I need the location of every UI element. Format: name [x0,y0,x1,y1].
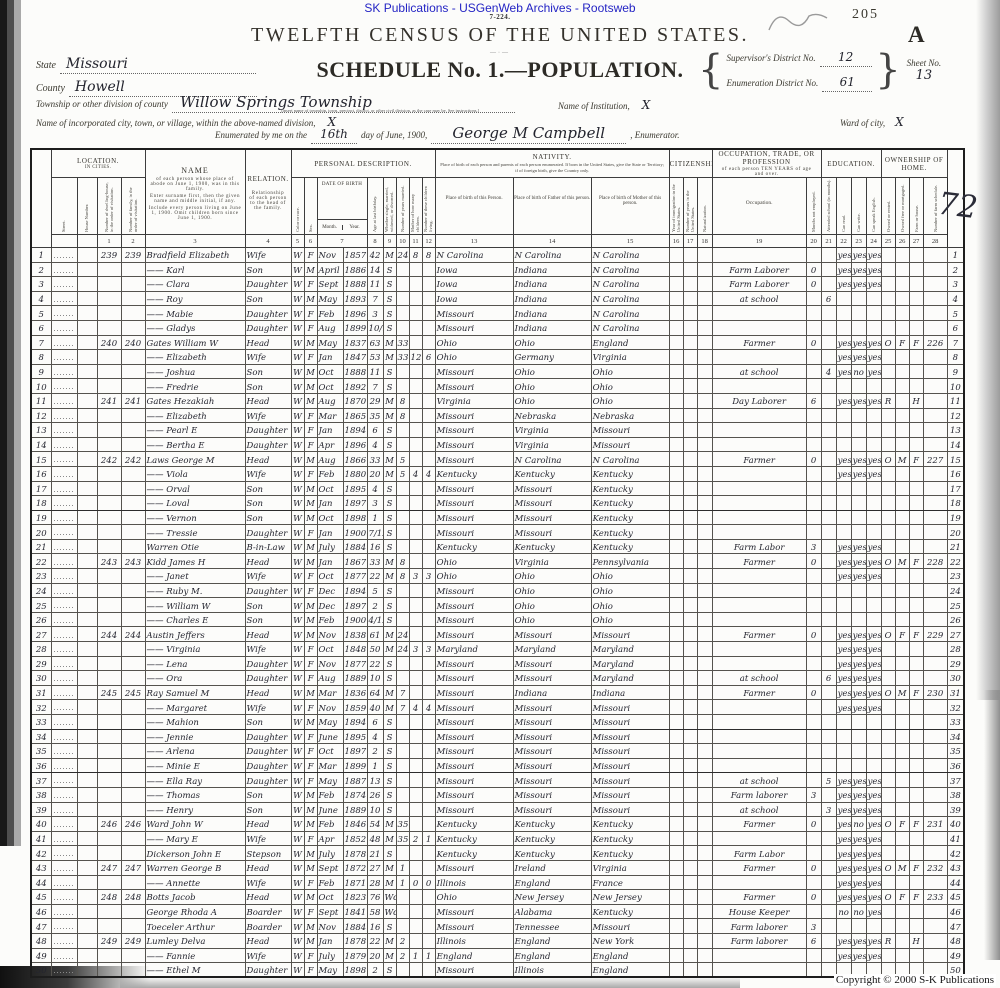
line-number-left: 47 [31,919,51,934]
cell-farm-house: F [909,335,923,350]
cell-years-in-us [683,846,697,861]
cell-house-number [77,685,97,700]
cell-relation: Wife [245,948,291,963]
cell-immigration-year [669,773,683,788]
cell-months-not-employed [806,248,821,263]
cell-street [51,919,77,934]
line-number-right: 15 [947,452,964,467]
census-row: 45248248Botts JacobHeadWMOct182376WdOhio… [31,890,964,905]
cell-street [51,291,77,306]
cell-can-read [836,423,851,438]
cell-years-married: 35 [396,831,409,846]
cell-farm-schedule [923,656,947,671]
cell-occupation [712,583,806,598]
cell-can-write: yes [851,933,866,948]
cell-relation: Son [245,612,291,627]
cell-months-not-employed [806,671,821,686]
census-row: 7240240Gates William WHeadWMMay183763M33… [31,335,964,350]
census-row: 4—— RoySonWMMay18937SIowaIndianaN Caroli… [31,291,964,306]
cell-birthplace: Missouri [435,306,513,321]
cell-color: W [291,423,304,438]
cell-relation: Daughter [245,671,291,686]
cell-relation: Head [245,685,291,700]
cell-can-speak-english [866,379,881,394]
cell-naturalization [697,598,712,613]
cell-naturalization [697,919,712,934]
cell-age: 4 [367,481,383,496]
cell-family: 240 [121,335,145,350]
nativity-group-header: NATIVITY. Place of birth of each person … [435,149,669,178]
cell-farm-house [909,306,923,321]
cell-street [51,802,77,817]
cell-owned-rented [881,306,895,321]
cell-name: —— Roy [145,291,245,306]
cell-farm-schedule [923,933,947,948]
cell-mother-birthplace: England [591,335,669,350]
line-number-left: 6 [31,320,51,335]
cell-birth-month: Oct [317,510,343,525]
cell-birth-year: 1889 [343,802,367,817]
cell-birth-month: Oct [317,744,343,759]
cell-father-birthplace: Ohio [513,379,591,394]
cell-mother-birthplace: Indiana [591,685,669,700]
cell-father-birthplace: Missouri [513,671,591,686]
children-living-column-header: Number of these children living. [422,178,435,235]
cell-marital: S [383,758,396,773]
cell-color: W [291,583,304,598]
cell-street [51,350,77,365]
cell-can-write: yes [851,656,866,671]
cell-occupation: House Keeper [712,904,806,919]
cell-age: 1 [367,510,383,525]
cell-age: 22 [367,656,383,671]
cell-children-living [422,685,435,700]
cell-birthplace: Missouri [435,364,513,379]
cell-free-mortgaged [895,291,909,306]
cell-house-number [77,277,97,292]
cell-birth-year: 1892 [343,379,367,394]
cell-occupation [712,408,806,423]
cell-naturalization [697,262,712,277]
cell-father-birthplace: Virginia [513,437,591,452]
line-number-left: 49 [31,948,51,963]
cell-age: 10 [367,671,383,686]
form-number: 7-224. [0,13,1000,21]
cell-years-married [396,773,409,788]
cell-free-mortgaged [895,700,909,715]
cell-immigration-year [669,306,683,321]
cell-family: 246 [121,817,145,832]
cell-months-not-employed [806,773,821,788]
cell-sex: F [304,525,317,540]
cell-children-living [422,773,435,788]
cell-attended-school [821,598,836,613]
cell-occupation [712,598,806,613]
cell-naturalization [697,437,712,452]
cell-naturalization [697,685,712,700]
cell-can-write: yes [851,700,866,715]
cell-occupation: Farm Labor [712,846,806,861]
occupation-group-header: OCCUPATION, TRADE, OR PROFESSION of each… [712,149,821,178]
cell-birth-month: Oct [317,890,343,905]
cell-family [121,437,145,452]
cell-owned-rented [881,510,895,525]
cell-sex: M [304,379,317,394]
cell-mother-birthplace: New York [591,933,669,948]
cell-dwelling [97,496,121,511]
cell-can-speak-english: yes [866,787,881,802]
cell-years-married: 33 [396,350,409,365]
cell-free-mortgaged [895,510,909,525]
cell-father-birthplace: Indiana [513,262,591,277]
cell-mother-of [409,817,422,832]
cell-house-number [77,262,97,277]
cell-naturalization [697,306,712,321]
cell-years-married [396,423,409,438]
cell-relation: Daughter [245,744,291,759]
cell-can-read [836,306,851,321]
cell-mother-birthplace: Kentucky [591,904,669,919]
cell-free-mortgaged: F [895,335,909,350]
cell-can-read [836,525,851,540]
cell-free-mortgaged [895,569,909,584]
cell-birthplace: Missouri [435,758,513,773]
cell-birth-month: July [317,846,343,861]
cell-house-number [77,948,97,963]
cell-father-birthplace: Kentucky [513,831,591,846]
cell-relation: Head [245,860,291,875]
cell-months-not-employed: 0 [806,554,821,569]
census-row: 3—— ClaraDaughterWFSept188811SIowaIndian… [31,277,964,292]
cell-name: Warren Otie [145,539,245,554]
cell-owned-rented [881,525,895,540]
cell-dwelling [97,583,121,598]
cell-attended-school [821,919,836,934]
cell-father-birthplace: Kentucky [513,817,591,832]
cell-color: W [291,773,304,788]
cell-farm-schedule [923,393,947,408]
cell-family [121,700,145,715]
cell-mother-birthplace: Kentucky [591,846,669,861]
cell-children-living [422,306,435,321]
cell-years-married [396,539,409,554]
cell-immigration-year [669,744,683,759]
cell-years-married [396,437,409,452]
cell-can-read: yes [836,452,851,467]
cell-dwelling [97,919,121,934]
cell-street [51,510,77,525]
cell-age: 16 [367,919,383,934]
cell-birth-year: 1897 [343,744,367,759]
census-row: 28—— VirginiaWifeWFOct184850M2433Marylan… [31,642,964,657]
cell-family: 239 [121,248,145,263]
cell-color: W [291,379,304,394]
cell-farm-house [909,729,923,744]
cell-father-birthplace: Missouri [513,802,591,817]
cell-farm-house [909,364,923,379]
cell-naturalization [697,277,712,292]
cell-naturalization [697,963,712,978]
cell-years-married [396,744,409,759]
cell-can-read: yes [836,248,851,263]
cell-house-number [77,569,97,584]
cell-years-in-us [683,773,697,788]
cell-mother-birthplace: N Carolina [591,452,669,467]
cell-children-living [422,262,435,277]
cell-naturalization [697,408,712,423]
cell-owned-rented [881,744,895,759]
cell-months-not-employed [806,642,821,657]
cell-birth-year: 1823 [343,890,367,905]
cell-father-birthplace: Indiana [513,320,591,335]
cell-mother-of: 4 [409,700,422,715]
cell-can-speak-english [866,744,881,759]
cell-birthplace: Missouri [435,715,513,730]
line-number-right: 23 [947,569,964,584]
cell-dwelling: 247 [97,860,121,875]
cell-owned-rented [881,466,895,481]
cell-marital: S [383,598,396,613]
cell-naturalization [697,933,712,948]
cell-house-number [77,291,97,306]
cell-farm-schedule [923,539,947,554]
line-number-left: 23 [31,569,51,584]
cell-mother-of [409,787,422,802]
cell-family [121,408,145,423]
cell-birth-month: Aug [317,452,343,467]
cell-sex: F [304,306,317,321]
cell-can-write: yes [851,393,866,408]
cell-farm-house [909,320,923,335]
cell-birth-month: July [317,539,343,554]
cell-relation: Son [245,379,291,394]
cell-birth-year: 1898 [343,963,367,978]
cell-mother-of [409,291,422,306]
cell-sex: F [304,656,317,671]
cell-father-birthplace: Missouri [513,656,591,671]
cell-years-in-us [683,277,697,292]
cell-family [121,919,145,934]
cell-dwelling: 246 [97,817,121,832]
cell-occupation [712,569,806,584]
cell-street [51,744,77,759]
cell-farm-schedule [923,437,947,452]
cell-years-in-us [683,642,697,657]
cell-mother-of [409,306,422,321]
cell-owned-rented [881,350,895,365]
cell-children-living [422,320,435,335]
cell-sex: M [304,612,317,627]
census-table: LOCATION. IN CITIES. NAME of each person… [30,148,965,978]
cell-can-write [851,919,866,934]
cell-family [121,846,145,861]
cell-house-number [77,758,97,773]
cell-color: W [291,364,304,379]
cell-street [51,948,77,963]
cell-occupation [712,248,806,263]
cell-farm-house [909,831,923,846]
cell-years-married [396,787,409,802]
cell-street [51,642,77,657]
cell-immigration-year [669,948,683,963]
cell-street [51,817,77,832]
cell-farm-schedule [923,466,947,481]
cell-sex: M [304,598,317,613]
cell-farm-schedule [923,700,947,715]
cell-owned-rented [881,408,895,423]
line-number-left: 36 [31,758,51,773]
cell-marital: S [383,481,396,496]
cell-mother-of: 1 [409,948,422,963]
cell-house-number [77,919,97,934]
can-read-column-header: Can read. [836,178,851,235]
cell-sex: F [304,408,317,423]
cell-naturalization [697,350,712,365]
cell-marital: M [383,642,396,657]
cell-can-speak-english: yes [866,948,881,963]
cell-name: Gates William W [145,335,245,350]
cell-mother-of [409,860,422,875]
cell-house-number [77,393,97,408]
cell-years-married [396,890,409,905]
cell-father-birthplace: Virginia [513,423,591,438]
cell-color: W [291,335,304,350]
cell-color: W [291,350,304,365]
cell-attended-school [821,685,836,700]
cell-can-read: yes [836,539,851,554]
cell-name: —— Orval [145,481,245,496]
cell-farm-schedule [923,277,947,292]
district-block: { Supervisor's District No. 12 Enumerati… [698,48,941,92]
cell-marital: S [383,612,396,627]
cell-years-married [396,583,409,598]
enumeration-district-label: Enumeration District No. [726,78,818,88]
cell-dwelling [97,379,121,394]
cell-street [51,525,77,540]
cell-immigration-year [669,890,683,905]
cell-can-write: yes [851,452,866,467]
cell-birthplace: Ohio [435,554,513,569]
cell-name: Ray Samuel M [145,685,245,700]
sheet-label: Sheet No. [907,58,942,68]
cell-attended-school [821,466,836,481]
cell-birth-year: 1847 [343,350,367,365]
cell-color: W [291,277,304,292]
cell-house-number [77,248,97,263]
cell-birth-month: Sept [317,904,343,919]
scan-shadow-right-lower [984,690,1000,960]
cell-years-in-us [683,306,697,321]
cell-name: Gates Hezakiah [145,393,245,408]
cell-age: 4/12 [367,612,383,627]
cell-birth-year: 1887 [343,773,367,788]
cell-farm-house [909,846,923,861]
cell-birthplace: Maryland [435,642,513,657]
cell-months-not-employed [806,481,821,496]
cell-farm-schedule [923,671,947,686]
census-row: 11241241Gates HezakiahHeadWMAug187029M8V… [31,393,964,408]
cell-owned-rented [881,262,895,277]
cell-immigration-year [669,846,683,861]
cell-color: W [291,802,304,817]
cell-dwelling [97,656,121,671]
cell-farm-schedule: 230 [923,685,947,700]
cell-mother-of [409,481,422,496]
cell-house-number [77,598,97,613]
cell-attended-school [821,393,836,408]
cell-family [121,291,145,306]
cell-birthplace: Missouri [435,452,513,467]
cell-naturalization [697,758,712,773]
cell-attended-school [821,437,836,452]
cell-sex: F [304,320,317,335]
cell-mother-birthplace: Missouri [591,787,669,802]
relation-column-header: RELATION. Relationship of each person to… [245,149,291,235]
cell-father-birthplace: New Jersey [513,890,591,905]
cell-color: W [291,496,304,511]
cell-birth-month: May [317,335,343,350]
line-number-left: 8 [31,350,51,365]
cell-birthplace: Ohio [435,350,513,365]
cell-can-speak-english [866,598,881,613]
cell-months-not-employed [806,802,821,817]
cell-marital: S [383,510,396,525]
cell-occupation [712,758,806,773]
cell-sex: F [304,248,317,263]
cell-house-number [77,773,97,788]
cell-farm-house: F [909,860,923,875]
cell-can-speak-english [866,481,881,496]
cell-color: W [291,787,304,802]
cell-months-not-employed: 3 [806,787,821,802]
cell-dwelling [97,758,121,773]
cell-attended-school [821,569,836,584]
cell-birth-year: 1896 [343,306,367,321]
cell-family [121,423,145,438]
cell-birthplace: Missouri [435,320,513,335]
cell-birthplace: England [435,948,513,963]
column-number-row: 1 2 3 4 5 6 7 8 9 10 11 12 13 14 15 16 1… [31,235,964,248]
cell-naturalization [697,583,712,598]
line-number-right: 18 [947,496,964,511]
cell-color: W [291,262,304,277]
census-row: 38—— ThomasSonWMFeb187426SMissouriMissou… [31,787,964,802]
line-number-left: 7 [31,335,51,350]
cell-mother-of [409,393,422,408]
cell-can-write [851,306,866,321]
cell-name: —— Pearl E [145,423,245,438]
cell-years-in-us [683,539,697,554]
cell-years-married [396,364,409,379]
cell-can-read [836,496,851,511]
cell-naturalization [697,423,712,438]
cell-age: 48 [367,831,383,846]
cell-age: 21 [367,846,383,861]
cell-marital: M [383,860,396,875]
cell-street [51,656,77,671]
line-number-left: 43 [31,860,51,875]
cell-relation: Son [245,802,291,817]
cell-attended-school: 6 [821,671,836,686]
cell-free-mortgaged [895,248,909,263]
cell-sex: F [304,466,317,481]
cell-children-living [422,656,435,671]
cell-mother-birthplace: N Carolina [591,306,669,321]
line-number-right: 43 [947,860,964,875]
cell-relation: Daughter [245,423,291,438]
census-row: 1239239Bradfield ElizabethWifeWFNov18574… [31,248,964,263]
cell-marital: Wd [383,890,396,905]
